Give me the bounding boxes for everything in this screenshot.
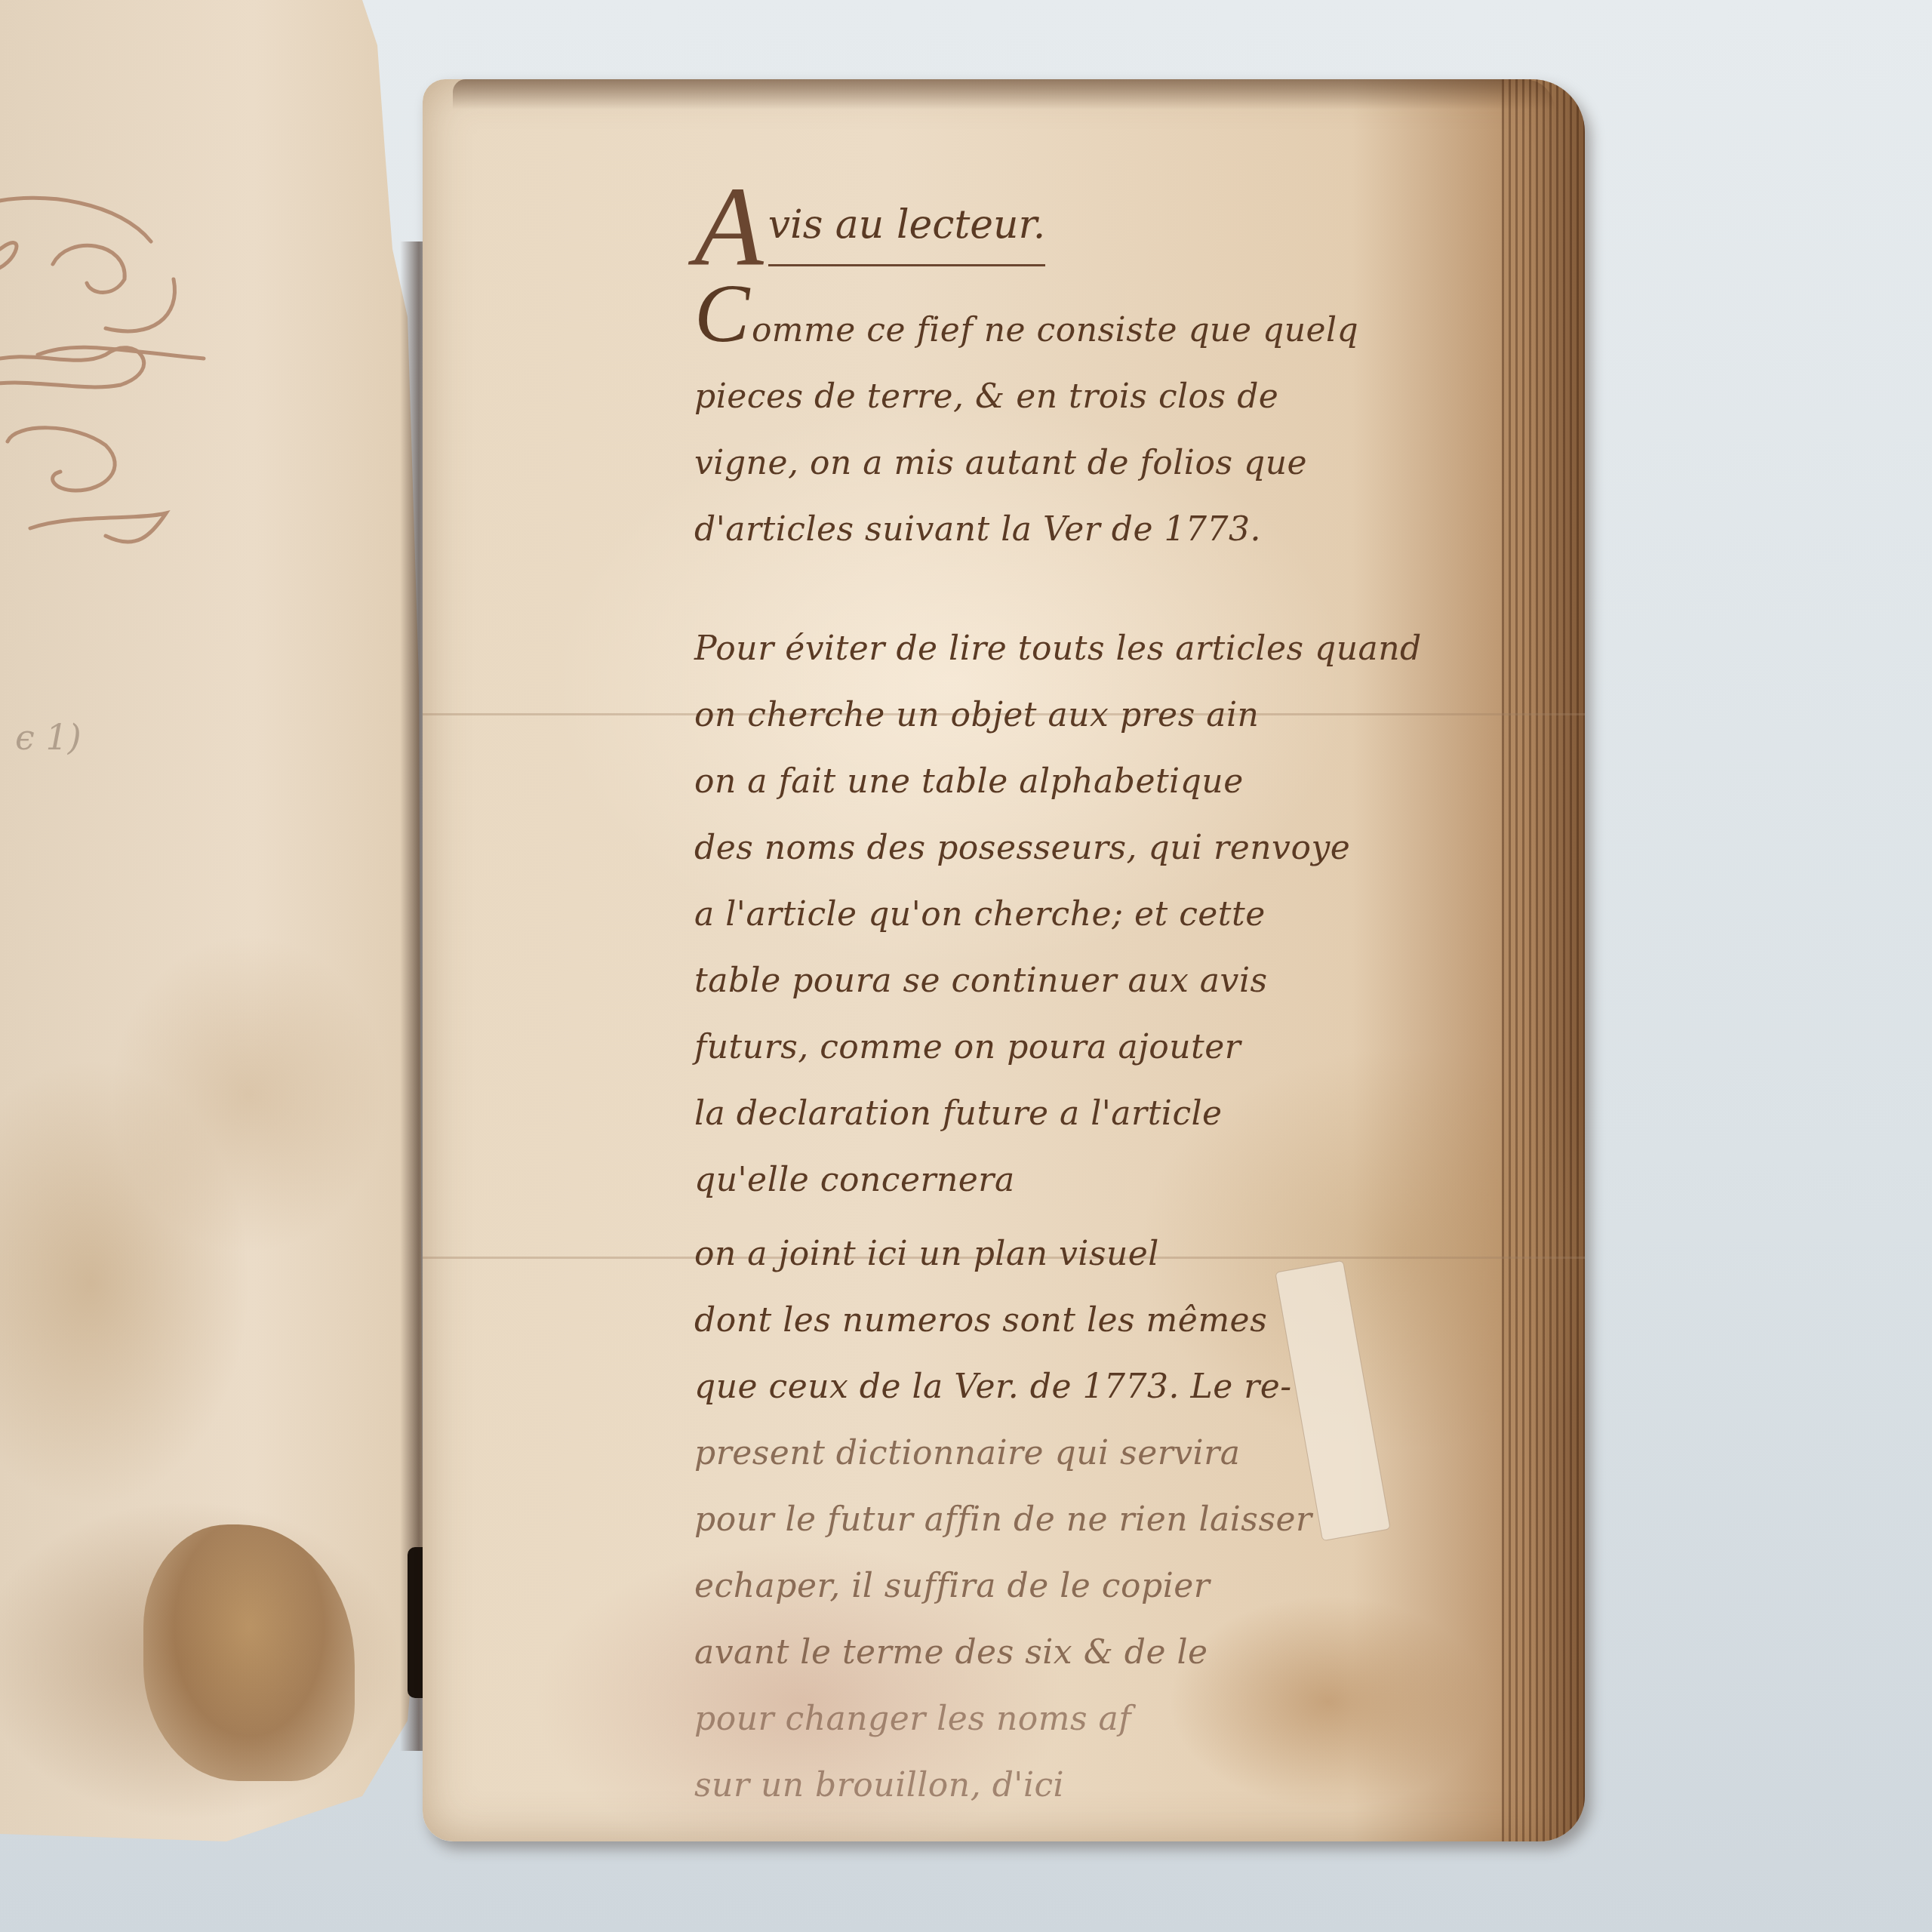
page-fore-edge xyxy=(1502,79,1585,1841)
page-damage-hole xyxy=(143,1524,355,1781)
text-line: on cherche un objet aux pres ain xyxy=(694,682,1449,749)
paragraph-3: on a joint ici un plan visuel dont les n… xyxy=(694,1221,1449,1819)
text-line: des noms des posesseurs, qui renvoye xyxy=(694,815,1449,881)
text-line: que ceux de la Ver. de 1773. Le re- xyxy=(694,1354,1449,1420)
heading-row: A vis au lecteur. xyxy=(694,147,1449,283)
text-line: la declaration future a l'article xyxy=(694,1081,1449,1147)
drop-cap: A xyxy=(694,170,764,283)
left-faint-mark: ϵ 1) xyxy=(15,717,82,758)
paragraph-1: Comme ce fief ne consiste que quelq piec… xyxy=(694,291,1449,563)
left-page: ϵ 1) xyxy=(0,0,423,1841)
text-line: on a joint ici un plan visuel xyxy=(694,1221,1449,1287)
text-line: sur un brouillon, d'ici xyxy=(694,1752,1449,1819)
text-line: a l'article qu'on cherche; et cette xyxy=(694,881,1449,948)
text-line: dont les numeros sont les mêmes xyxy=(694,1287,1449,1354)
calligraphic-flourish-icon xyxy=(0,174,234,641)
heading-avis-au-lecteur: vis au lecteur. xyxy=(768,202,1046,266)
text-line: echaper, il suffira de le copier xyxy=(694,1553,1449,1620)
photo-scene: ϵ 1) A vis au lecteur. Comme ce fief ne … xyxy=(0,0,1932,1932)
text-line: pour le futur affin de ne rien laisser xyxy=(694,1487,1449,1553)
paragraph-2: Pour éviter de lire touts les articles q… xyxy=(694,616,1449,1214)
text-line: on a fait une table alphabetique xyxy=(694,749,1449,815)
text-line: present dictionnaire qui servira xyxy=(694,1420,1449,1487)
text-line: qu'elle concernera xyxy=(694,1147,1449,1214)
text-line: table poura se continuer aux avis xyxy=(694,948,1449,1014)
text-line: pour changer les noms af xyxy=(694,1686,1449,1752)
paragraph-cap: C xyxy=(694,267,750,359)
text-line: Comme ce fief ne consiste que quelq xyxy=(694,291,1449,364)
text-line: avant le terme des six & de le xyxy=(694,1620,1449,1686)
text-line: Pour éviter de lire touts les articles q… xyxy=(694,616,1449,682)
text-line: d'articles suivant la Ver de 1773. xyxy=(694,497,1449,563)
page-top-edge xyxy=(453,79,1555,109)
text-line: pieces de terre, & en trois clos de xyxy=(694,364,1449,430)
text-line: vigne, on a mis autant de folios que xyxy=(694,430,1449,497)
text-line: futurs, comme on poura ajouter xyxy=(694,1014,1449,1081)
manuscript-text: A vis au lecteur. Comme ce fief ne consi… xyxy=(694,147,1449,1819)
right-page: A vis au lecteur. Comme ce fief ne consi… xyxy=(423,79,1585,1841)
